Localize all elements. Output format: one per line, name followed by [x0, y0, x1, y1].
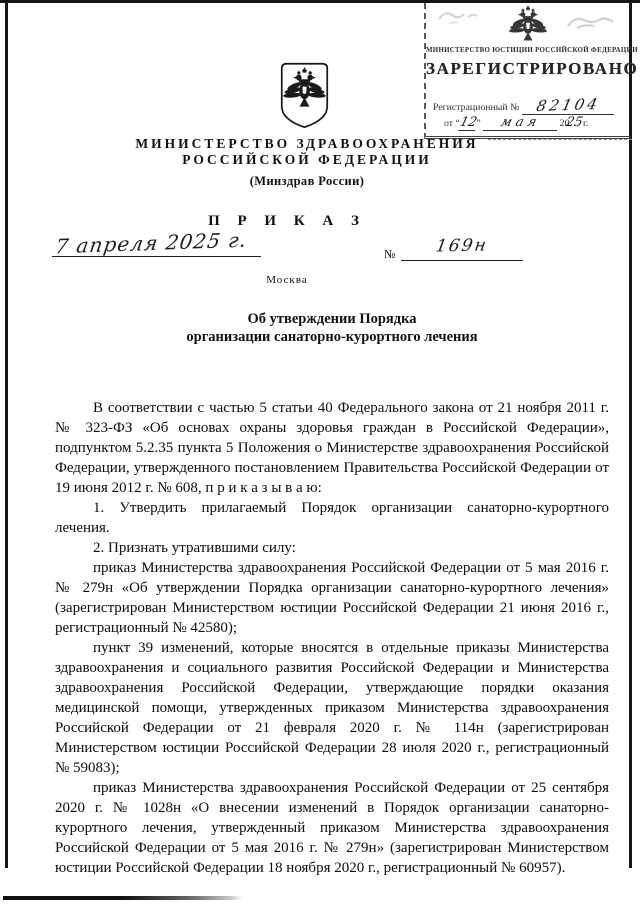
- stamp-ink-smudge-left: [436, 7, 498, 27]
- coat-of-arms-icon: [276, 59, 333, 131]
- stamp-reg-number-label: Регистрационный №: [433, 102, 519, 113]
- paragraph-item1: 1. Утвердить прилагаемый Порядок организ…: [55, 498, 609, 538]
- order-body: В соответствии с частью 5 статьи 40 Феде…: [55, 398, 609, 878]
- order-number-value: 169н: [435, 236, 490, 257]
- stamp-date-line: от “12” мая 2025г.: [444, 115, 588, 131]
- ministry-header: МИНИСТЕРСТВО ЗДРАВООХРАНЕНИЯ РОССИЙСКОЙ …: [0, 136, 614, 189]
- paragraph-item2: 2. Признать утратившими силу:: [55, 538, 609, 558]
- registration-stamp: МИНИСТЕРСТВО ЮСТИЦИИ РОССИЙСКОЙ ФЕДЕРАЦИ…: [424, 3, 631, 139]
- ministry-short-name: (Минздрав России): [0, 174, 614, 189]
- stamp-date-prefix: от “: [444, 118, 460, 129]
- paragraph-intro: В соответствии с частью 5 статьи 40 Феде…: [55, 398, 609, 498]
- stamp-date-year-handwritten: 25: [565, 115, 585, 130]
- doc-type-title: П Р И К А З: [0, 213, 574, 230]
- paragraph-repealed-1: приказ Министерства здравоохранения Росс…: [55, 558, 609, 638]
- paragraph-repealed-2: пункт 39 изменений, которые вносятся в о…: [55, 638, 609, 778]
- city-label: Москва: [0, 274, 574, 286]
- scanned-order-page: МИНИСТЕРСТВО ЮСТИЦИИ РОССИЙСКОЙ ФЕДЕРАЦИ…: [0, 0, 640, 905]
- stamp-ink-smudge-right: [564, 12, 624, 36]
- order-date-handwritten-wrap: 7 апреля 2025 г.: [52, 231, 261, 257]
- ministry-name-line2: РОССИЙСКОЙ ФЕДЕРАЦИИ: [0, 152, 614, 168]
- doc-title-line2: организации санаторно-курортного лечения: [24, 329, 640, 347]
- stamp-reg-number-underline: 82104: [522, 96, 614, 115]
- stamp-date-suffix: г.: [583, 118, 588, 129]
- stamp-ministry-line: МИНИСТЕРСТВО ЮСТИЦИИ РОССИЙСКОЙ ФЕДЕРАЦИ…: [426, 47, 631, 54]
- doc-title-line1: Об утверждении Порядка: [24, 311, 640, 329]
- stamp-eagle-icon: [509, 4, 547, 44]
- order-number-label: №: [384, 247, 395, 262]
- doc-title: Об утверждении Порядка организации санат…: [24, 311, 640, 346]
- stamp-registered-label: ЗАРЕГИСТРИРОВАНО: [426, 59, 631, 79]
- page-border-left: [5, 2, 8, 868]
- ministry-name-line1: МИНИСТЕРСТВО ЗДРАВООХРАНЕНИЯ: [0, 136, 614, 152]
- paragraph-repealed-3: приказ Министерства здравоохранения Росс…: [55, 778, 609, 878]
- stamp-date-month: мая: [498, 115, 541, 130]
- stamp-reg-number-value: 82104: [534, 95, 601, 115]
- stamp-reg-number-line: Регистрационный № 82104: [433, 96, 614, 115]
- page-scan-edge-bottom: [3, 896, 243, 900]
- order-date-handwritten: 7 апреля 2025 г.: [54, 228, 249, 259]
- order-number-underline: 169н: [401, 236, 523, 261]
- stamp-date-month-underline: мая: [483, 115, 557, 131]
